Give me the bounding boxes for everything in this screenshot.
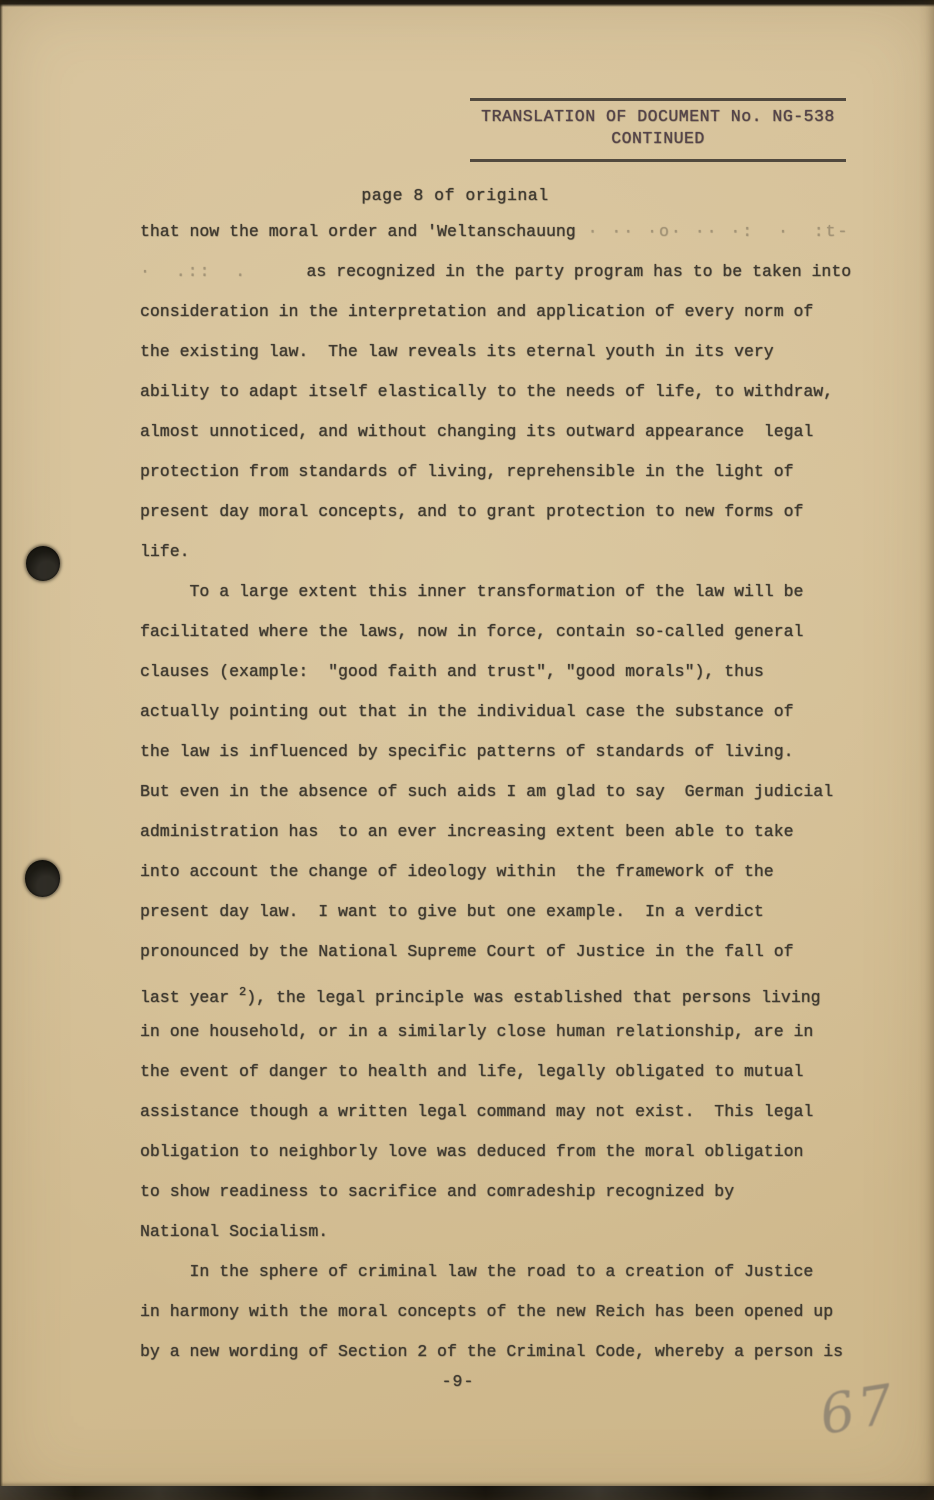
text-line: the law is influenced by specific patter…	[140, 732, 900, 772]
document-title: TRANSLATION OF DOCUMENT No. NG-538	[470, 106, 846, 128]
scan-edge-bottom	[0, 1486, 934, 1500]
page-number: -9-	[0, 1372, 916, 1391]
text-line: consideration in the interpretation and …	[140, 292, 900, 332]
text-line: ability to adapt itself elastically to t…	[140, 372, 900, 412]
hole-punch-bottom	[25, 860, 60, 897]
text-line: the existing law. The law reveals its et…	[140, 332, 900, 372]
text-line: clauses (example: "good faith and trust"…	[140, 652, 900, 692]
text-line: last year 2), the legal principle was es…	[140, 972, 900, 1012]
text-line: pronounced by the National Supreme Court…	[140, 932, 900, 972]
hole-punch-top	[26, 546, 60, 581]
text-line: National Socialism.	[140, 1212, 900, 1252]
text-line: by a new wording of Section 2 of the Cri…	[140, 1332, 900, 1372]
text-line: almost unnoticed, and without changing i…	[140, 412, 900, 452]
document-header: TRANSLATION OF DOCUMENT No. NG-538 CONTI…	[470, 98, 846, 162]
text-line: life.	[140, 532, 900, 572]
text-line: facilitated where the laws, now in force…	[140, 612, 900, 652]
text-line: administration has to an ever increasing…	[140, 812, 900, 852]
text-line: that now the moral order and 'Weltanscha…	[140, 212, 900, 252]
document-body: that now the moral order and 'Weltanscha…	[140, 212, 900, 1372]
scan-edge-top	[0, 0, 934, 7]
text-line: in one household, or in a similarly clos…	[140, 1012, 900, 1052]
text-line: To a large extent this inner transformat…	[140, 572, 900, 612]
text-line: present day moral concepts, and to grant…	[140, 492, 900, 532]
text-line: protection from standards of living, rep…	[140, 452, 900, 492]
text-line: But even in the absence of such aids I a…	[140, 772, 900, 812]
text-line: actually pointing out that in the indivi…	[140, 692, 900, 732]
text-line: obligation to neighborly love was deduce…	[140, 1132, 900, 1172]
text-line: to show readiness to sacrifice and comra…	[140, 1172, 900, 1212]
text-line: the event of danger to health and life, …	[140, 1052, 900, 1092]
scanned-document-page: TRANSLATION OF DOCUMENT No. NG-538 CONTI…	[0, 0, 934, 1500]
text-line: assistance though a written legal comman…	[140, 1092, 900, 1132]
text-line: into account the change of ideology with…	[140, 852, 900, 892]
page-subtitle: page 8 of original	[0, 186, 910, 205]
text-line: present day law. I want to give but one …	[140, 892, 900, 932]
handwritten-page-number: 67	[816, 1372, 902, 1446]
text-line: In the sphere of criminal law the road t…	[140, 1252, 900, 1292]
text-line: in harmony with the moral concepts of th…	[140, 1292, 900, 1332]
document-title-continued: CONTINUED	[470, 128, 846, 150]
scan-edge-left	[0, 0, 3, 1500]
text-line: · .:: . as recognized in the party progr…	[140, 252, 900, 292]
